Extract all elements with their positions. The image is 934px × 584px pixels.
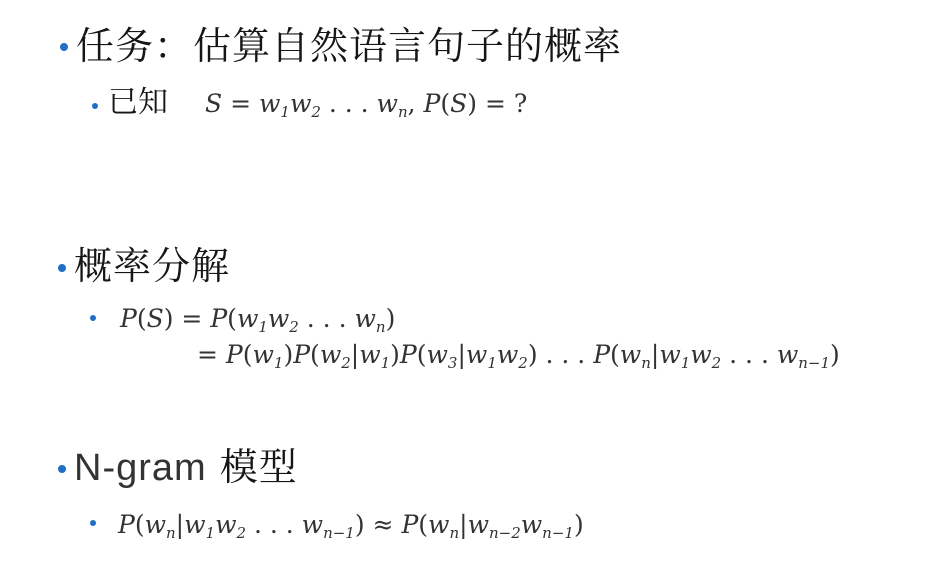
known-label: 已知 — [108, 84, 168, 122]
bullet-icon — [60, 43, 68, 51]
bullet-icon — [90, 315, 96, 321]
ngram-label: N-gram — [74, 447, 207, 489]
formula-decomposition-line1: P(S) = P(w1w2 . . . wn) — [120, 304, 395, 342]
formula-decomposition-line2: = P(w1)P(w2|w1)P(w3|w1w2) . . . P(wn|w1w… — [197, 340, 840, 378]
bullet-icon — [58, 264, 66, 272]
formula-known: S = w1w2 . . . wn, P(S) = ? — [205, 89, 527, 127]
section-title-ngram: N-gram 模型 — [74, 445, 298, 490]
formula-ngram: P(wn|w1w2 . . . wn−1) ≈ P(wn|wn−2wn−1) — [118, 510, 584, 548]
bullet-icon — [92, 103, 98, 109]
section-title-task: 任务：估算自然语言句子的概率 — [76, 24, 622, 68]
section-title-decomposition: 概率分解 — [74, 244, 230, 288]
bullet-icon — [58, 465, 66, 473]
model-label: 模型 — [220, 445, 298, 489]
bullet-icon — [90, 520, 96, 526]
